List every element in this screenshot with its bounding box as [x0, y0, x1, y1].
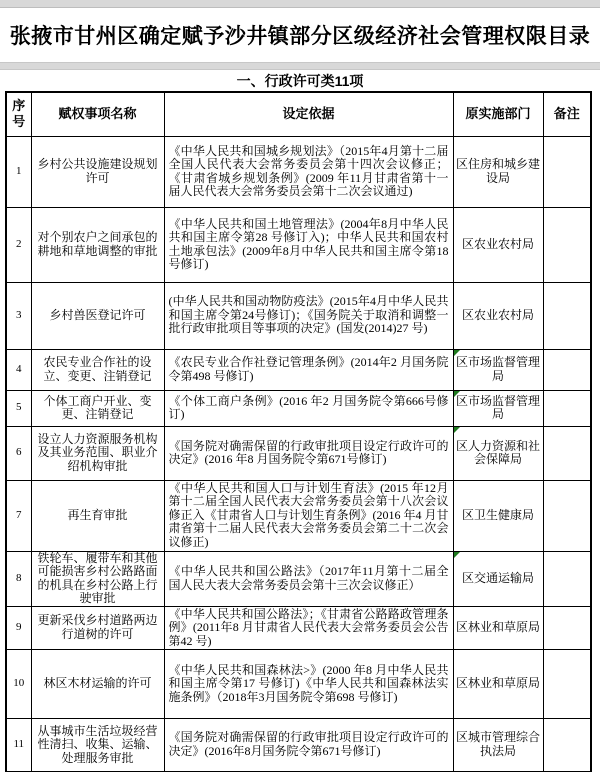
cell-remark	[543, 390, 591, 426]
cell-department: 区人力资源和社会保障局	[453, 426, 543, 480]
cell-department: 区城市管理综合执法局	[453, 719, 543, 772]
cell-number: 9	[6, 606, 31, 650]
cell-item-name: 乡村公共设施建设规划许可	[31, 136, 164, 207]
cell-item-name: 个体工商户开业、变更、注销登记	[31, 390, 164, 426]
cell-remark	[543, 719, 591, 772]
cell-department: 区交通运输局	[453, 551, 543, 606]
cell-remark	[543, 349, 591, 390]
cell-item-name: 从事城市生活垃圾经营性清扫、收集、运输、处理服务审批	[31, 719, 164, 772]
cell-number: 1	[6, 136, 31, 207]
table-row: 6设立人力资源服务机构及其业务范围、职业介绍机构审批《国务院对确需保留的行政审批…	[6, 426, 591, 480]
cell-number: 6	[6, 426, 31, 480]
table-header-col-original-department: 原实施部门	[453, 92, 543, 136]
authority-table: 序号赋权事项名称设定依据原实施部门备注 1乡村公共设施建设规划许可《中华人民共和…	[5, 91, 592, 772]
cell-item-name: 更新采伐乡村道路两边行道树的许可	[31, 606, 164, 650]
table-header-col-number: 序号	[6, 92, 31, 136]
table-header-col-legal-basis: 设定依据	[164, 92, 453, 136]
cell-department: 区市场监督管理局	[453, 390, 543, 426]
table-row: 7再生育审批《中华人民共和国人口与计划生育法》(2015 年12月第十二届全国人…	[6, 480, 591, 551]
cell-item-name: 乡村兽医登记许可	[31, 282, 164, 349]
cell-legal-basis: 《国务院对确需保留的行政审批项目设定行政许可的决定》(2016 年8 月国务院令…	[164, 426, 453, 480]
cell-number: 8	[6, 551, 31, 606]
table-row: 4农民专业合作社的设立、变更、注销登记《农民专业合作社登记管理条例》(2014年…	[6, 349, 591, 390]
cell-legal-basis: 《中华人民共和国城乡规划法》（2015年4月第十二届全国人民代表大会常务委员会第…	[164, 136, 453, 207]
section-title: 一、行政许可类11项	[0, 71, 600, 91]
section-divider-bar	[0, 62, 600, 70]
table-header-col-remark: 备注	[543, 92, 591, 136]
cell-legal-basis: 《中华人民共和国公路法》（2017年11月第十二届全国人民大表大会常务委员会第十…	[164, 551, 453, 606]
table-row: 2对个别农户之间承包的耕地和草地调整的审批《中华人民共和国土地管理法》(2004…	[6, 207, 591, 282]
cell-item-name: 农民专业合作社的设立、变更、注销登记	[31, 349, 164, 390]
cell-number: 11	[6, 719, 31, 772]
cell-department: 区农业农村局	[453, 207, 543, 282]
cell-number: 5	[6, 390, 31, 426]
cell-remark	[543, 282, 591, 349]
cell-number: 7	[6, 480, 31, 551]
cell-remark	[543, 207, 591, 282]
green-corner-indicator	[454, 552, 460, 558]
cell-legal-basis: (中华人民共和国动物防疫法》(2015年4月中华人民共和国主席令第24号修订)；…	[164, 282, 453, 349]
cell-legal-basis: 《中华人民共和国土地管理法》(2004年8月中华人民共和国主席令第28 号修订入…	[164, 207, 453, 282]
cell-legal-basis: 《农民专业合作社登记管理条例》(2014年2 月国务院令第498 号修订)	[164, 349, 453, 390]
cell-remark	[543, 650, 591, 719]
cell-remark	[543, 136, 591, 207]
cell-remark	[543, 426, 591, 480]
table-row: 9更新采伐乡村道路两边行道树的许可《中华人民共和国公路法》；《甘肃省公路路政管理…	[6, 606, 591, 650]
cell-legal-basis: 《中华人民共和国人口与计划生育法》(2015 年12月第十二届全国人民代表大会常…	[164, 480, 453, 551]
table-row: 10林区木材运输的许可《中华人民共和国森林法>》(2000 年8 月中华人民共和…	[6, 650, 591, 719]
table-body: 1乡村公共设施建设规划许可《中华人民共和国城乡规划法》（2015年4月第十二届全…	[6, 136, 591, 772]
table-header: 序号赋权事项名称设定依据原实施部门备注	[6, 92, 591, 136]
cell-number: 10	[6, 650, 31, 719]
table-row: 3乡村兽医登记许可(中华人民共和国动物防疫法》(2015年4月中华人民共和国主席…	[6, 282, 591, 349]
cell-legal-basis: 《个体工商户条例》(2016 年2 月国务院令第666号修订)	[164, 390, 453, 426]
cell-department: 区卫生健康局	[453, 480, 543, 551]
table-row: 11从事城市生活垃圾经营性清扫、收集、运输、处理服务审批《国务院对确需保留的行政…	[6, 719, 591, 772]
cell-legal-basis: 《国务院对确需保留的行政审批项目设定行政许可的决定》(2016年8月国务院令第6…	[164, 719, 453, 772]
cell-legal-basis: 《中华人民共和国公路法》；《甘肃省公路路政管理条例》(2011年8 月甘肃省人民…	[164, 606, 453, 650]
cell-department: 区林业和草原局	[453, 606, 543, 650]
cell-item-name: 铁轮车、履带车和其他可能损害乡村公路路面的机具在乡村公路上行驶审批	[31, 551, 164, 606]
table-row: 5个体工商户开业、变更、注销登记《个体工商户条例》(2016 年2 月国务院令第…	[6, 390, 591, 426]
cell-department: 区农业农村局	[453, 282, 543, 349]
green-corner-indicator	[454, 427, 460, 433]
title-area: 张掖市甘州区确定赋予沙井镇部分区级经济社会管理权限目录	[0, 8, 600, 62]
page-title: 张掖市甘州区确定赋予沙井镇部分区级经济社会管理权限目录	[10, 20, 591, 50]
table-row: 1乡村公共设施建设规划许可《中华人民共和国城乡规划法》（2015年4月第十二届全…	[6, 136, 591, 207]
cell-item-name: 设立人力资源服务机构及其业务范围、职业介绍机构审批	[31, 426, 164, 480]
header-row: 序号赋权事项名称设定依据原实施部门备注	[6, 92, 591, 136]
cell-department: 区市场监督管理局	[453, 349, 543, 390]
table-row: 8铁轮车、履带车和其他可能损害乡村公路路面的机具在乡村公路上行驶审批《中华人民共…	[6, 551, 591, 606]
green-corner-indicator	[454, 350, 460, 356]
document-page: 张掖市甘州区确定赋予沙井镇部分区级经济社会管理权限目录 一、行政许可类11项 序…	[0, 0, 600, 772]
cell-number: 4	[6, 349, 31, 390]
cell-remark	[543, 551, 591, 606]
cell-department: 区住房和城乡建设局	[453, 136, 543, 207]
cell-remark	[543, 480, 591, 551]
cell-remark	[543, 606, 591, 650]
top-gray-bar	[0, 0, 600, 8]
cell-department: 区林业和草原局	[453, 650, 543, 719]
cell-number: 2	[6, 207, 31, 282]
cell-number: 3	[6, 282, 31, 349]
cell-item-name: 对个别农户之间承包的耕地和草地调整的审批	[31, 207, 164, 282]
green-corner-indicator	[454, 391, 460, 397]
cell-legal-basis: 《中华人民共和国森林法>》(2000 年8 月中华人民共和国主席令第17 号修订…	[164, 650, 453, 719]
cell-item-name: 再生育审批	[31, 480, 164, 551]
cell-item-name: 林区木材运输的许可	[31, 650, 164, 719]
table-header-col-item-name: 赋权事项名称	[31, 92, 164, 136]
